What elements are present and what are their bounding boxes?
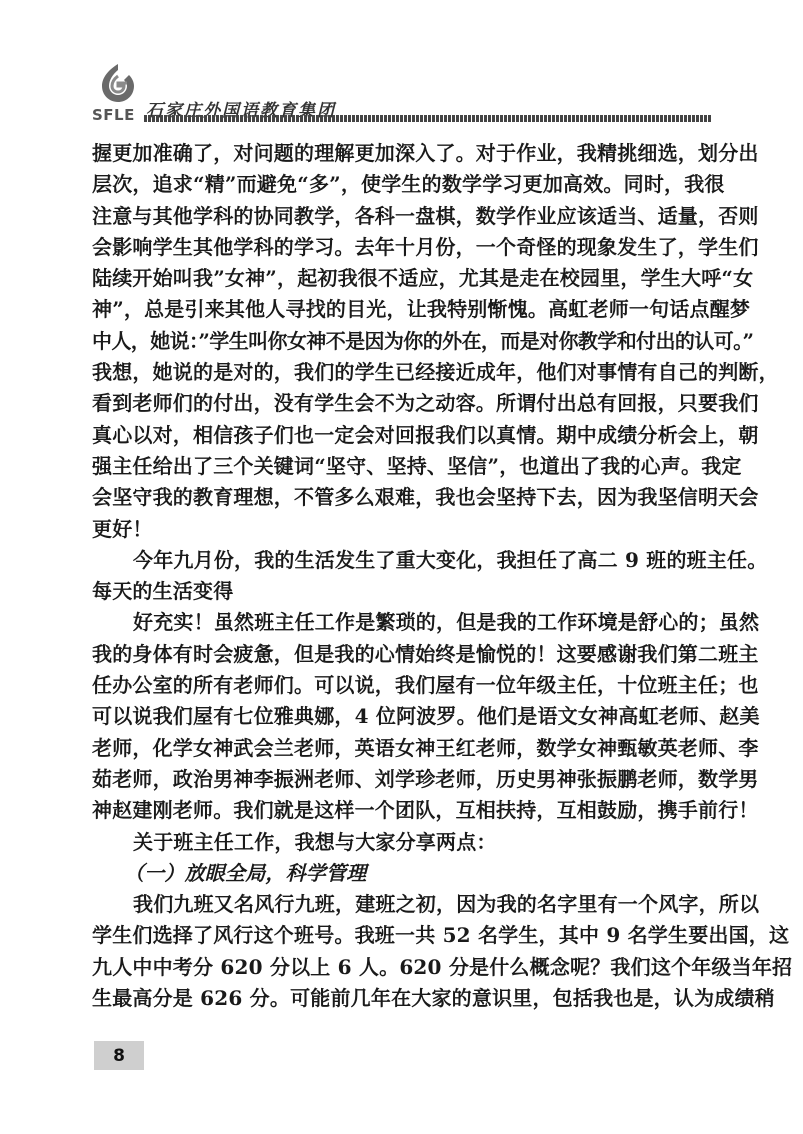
text-line: 真心以对，相信孩子们也一定会对回报我们以真情。期中成绩分析会上，朝 xyxy=(92,420,712,451)
text-line: 看到老师们的付出，没有学生会不为之动容。所谓付出总有回报，只要我们 xyxy=(92,388,712,419)
text-line: 可以说我们屋有七位雅典娜，4 位阿波罗。他们是语文女神高虹老师、赵美 xyxy=(92,701,712,732)
sfle-logo-icon xyxy=(98,62,138,104)
text-line: 九人中中考分 620 分以上 6 人。620 分是什么概念呢？我们这个年级当年招 xyxy=(92,952,712,983)
text-line: 陆续开始叫我”女神”，起初我很不适应，尤其是走在校园里，学生大呼“女 xyxy=(92,263,712,294)
text-line: 强主任给出了三个关键词“坚守、坚持、坚信”，也道出了我的心声。我定 xyxy=(92,451,712,482)
paragraph-start: 好充实！虽然班主任工作是繁琐的，但是我的工作环境是舒心的；虽然 xyxy=(92,607,712,638)
text-line: 任办公室的所有老师们。可以说，我们屋有一位年级主任，十位班主任；也 xyxy=(92,670,712,701)
paragraph-start: 我们九班又名风行九班，建班之初，因为我的名字里有一个风字，所以 xyxy=(92,889,712,920)
text-line: 会坚守我的教育理想，不管多么艰难，我也会坚持下去，因为我坚信明天会 xyxy=(92,482,712,513)
text-line: 神”，总是引来其他人寻找的目光，让我特别惭愧。高虹老师一句话点醒梦 xyxy=(92,294,712,325)
text-line: 神赵建刚老师。我们就是这样一个团队，互相扶持，互相鼓励，携手前行！ xyxy=(92,795,712,826)
text-line: 会影响学生其他学科的学习。去年十月份，一个奇怪的现象发生了，学生们 xyxy=(92,232,712,263)
text-line: 我想，她说的是对的，我们的学生已经接近成年，他们对事情有自己的判断， xyxy=(92,357,712,388)
paragraph-start: 今年九月份，我的生活发生了重大变化，我担任了高二 9 班的班主任。 xyxy=(92,545,712,576)
page-header: SFLE 石家庄外国语教育集团 xyxy=(92,62,712,124)
text-line: 学生们选择了风行这个班号。我班一共 52 名学生，其中 9 名学生要出国，这 xyxy=(92,920,712,951)
text-line: 握更加准确了，对问题的理解更加深入了。对于作业，我精挑细选，划分出 xyxy=(92,138,712,169)
text-line: 注意与其他学科的协同教学，各科一盘棋，数学作业应该适当、适量，否则 xyxy=(92,201,712,232)
page-number: 8 xyxy=(94,1041,144,1070)
text-line: 我的身体有时会疲惫，但是我的心情始终是愉悦的！这要感谢我们第二班主 xyxy=(92,639,712,670)
body-text: 握更加准确了，对问题的理解更加深入了。对于作业，我精挑细选，划分出 层次，追求“… xyxy=(92,138,712,1014)
text-line: 层次，追求“精”而避免“多”，使学生的数学学习更加高效。同时，我很 xyxy=(92,169,712,200)
text-line: 中人，她说：”学生叫你女神不是因为你的外在，而是对你教学和付出的认可。” xyxy=(92,326,712,357)
sfle-logo: SFLE xyxy=(92,62,140,124)
text-line: 生最高分是 626 分。可能前几年在大家的意识里，包括我也是，认为成绩稍 xyxy=(92,983,712,1014)
header-dashed-rule xyxy=(144,115,712,122)
text-line: 每天的生活变得 xyxy=(92,576,712,607)
text-line: 更好！ xyxy=(92,514,712,545)
paragraph-start: 关于班主任工作，我想与大家分享两点： xyxy=(92,827,712,858)
section-heading: （一）放眼全局，科学管理 xyxy=(92,858,712,889)
text-line: 茹老师，政治男神李振洲老师、刘学珍老师，历史男神张振鹏老师，数学男 xyxy=(92,764,712,795)
logo-text: SFLE xyxy=(92,106,135,124)
text-line: 老师，化学女神武会兰老师，英语女神王红老师，数学女神甄敏英老师、李 xyxy=(92,733,712,764)
